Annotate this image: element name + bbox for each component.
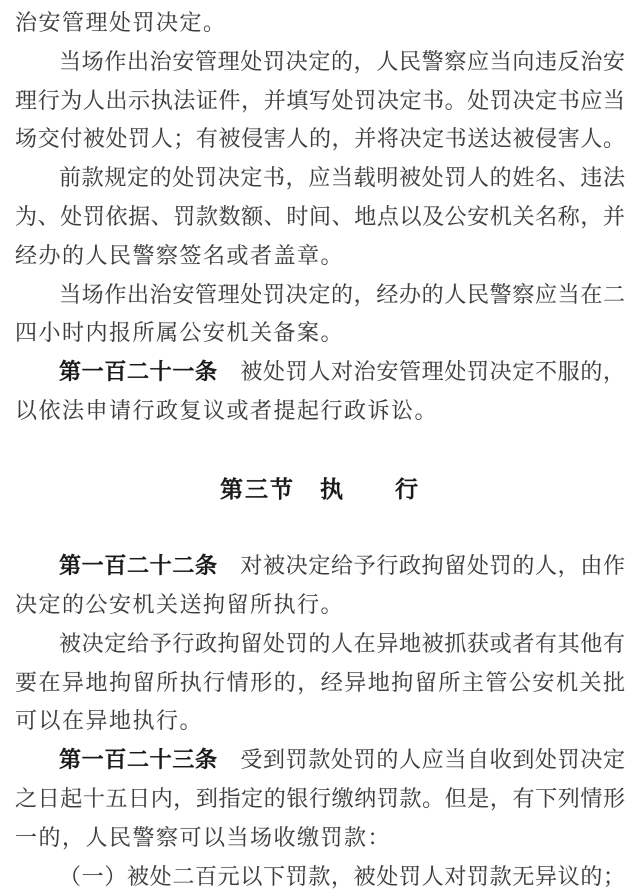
line-text: 决定的公安机关送拘留所执行。	[15, 592, 344, 617]
article-line: 第一百二十三条 受到罚款处罚的人应当自收到处罚决定书	[15, 741, 625, 780]
article-line: 第一百二十一条 被处罚人对治安管理处罚决定不服的，可	[15, 353, 625, 392]
line-text: 治安管理处罚决定。	[15, 10, 227, 35]
line-text: （一）被处二百元以下罚款，被处罚人对罚款无异议的；	[59, 864, 625, 889]
text-line: 可以在异地执行。	[15, 702, 625, 741]
line-text: 前款规定的处罚决定书，应当载明被处罚人的姓名、违法行	[15, 165, 625, 198]
line-text: 以依法申请行政复议或者提起行政诉讼。	[15, 398, 438, 423]
text-line: 以依法申请行政复议或者提起行政诉讼。	[15, 392, 625, 431]
blank-line	[15, 431, 625, 470]
line-text: 经办的人民警察签名或者盖章。	[15, 243, 344, 268]
text-line: 前款规定的处罚决定书，应当载明被处罚人的姓名、违法行	[15, 159, 625, 198]
article-number: 第一百二十一条	[59, 359, 218, 384]
line-text: 之日起十五日内，到指定的银行缴纳罚款。但是，有下列情形之	[15, 786, 625, 819]
article-number: 第三节 执 行	[220, 476, 420, 502]
line-text: 要在异地拘留所执行情形的，经异地拘留所主管公安机关批准，	[15, 670, 625, 703]
line-text: 理行为人出示执法证件，并填写处罚决定书。处罚决定书应当当	[15, 88, 625, 121]
text-line: 要在异地拘留所执行情形的，经异地拘留所主管公安机关批准，	[15, 664, 625, 703]
text-line: 理行为人出示执法证件，并填写处罚决定书。处罚决定书应当当	[15, 82, 625, 121]
line-text: 场交付被处罚人；有被侵害人的，并将决定书送达被侵害人。	[15, 126, 625, 151]
line-text: 四小时内报所属公安机关备案。	[15, 320, 344, 345]
article-number: 第一百二十三条	[59, 747, 218, 772]
text-line: 当场作出治安管理处罚决定的，经办的人民警察应当在二十	[15, 276, 625, 315]
article-line: 第一百二十二条 对被决定给予行政拘留处罚的人，由作出	[15, 547, 625, 586]
blank-line	[15, 508, 625, 547]
line-text: 当场作出治安管理处罚决定的，经办的人民警察应当在二十	[15, 282, 625, 315]
list-item-line: （一）被处二百元以下罚款，被处罚人对罚款无异议的；	[15, 858, 625, 894]
line-text: 一的，人民警察可以当场收缴罚款：	[15, 825, 391, 850]
text-line: 被决定给予行政拘留处罚的人在异地被抓获或者有其他有必	[15, 625, 625, 664]
text-line: 一的，人民警察可以当场收缴罚款：	[15, 819, 625, 858]
line-text: 可以在异地执行。	[15, 708, 203, 733]
document-page: 治安管理处罚决定。当场作出治安管理处罚决定的，人民警察应当向违反治安管理行为人出…	[0, 0, 640, 894]
text-line: 治安管理处罚决定。	[15, 4, 625, 43]
document-content: 治安管理处罚决定。当场作出治安管理处罚决定的，人民警察应当向违反治安管理行为人出…	[15, 4, 625, 894]
text-line: 场交付被处罚人；有被侵害人的，并将决定书送达被侵害人。	[15, 120, 625, 159]
article-number: 第一百二十二条	[59, 553, 218, 578]
line-text: 为、处罚依据、罚款数额、时间、地点以及公安机关名称，并由	[15, 204, 625, 237]
section-heading: 第三节 执 行	[15, 470, 625, 509]
text-line: 四小时内报所属公安机关备案。	[15, 314, 625, 353]
line-text: 被决定给予行政拘留处罚的人在异地被抓获或者有其他有必	[15, 631, 625, 664]
line-text: 当场作出治安管理处罚决定的，人民警察应当向违反治安管	[15, 49, 625, 82]
text-line: 当场作出治安管理处罚决定的，人民警察应当向违反治安管	[15, 43, 625, 82]
text-line: 经办的人民警察签名或者盖章。	[15, 237, 625, 276]
text-line: 为、处罚依据、罚款数额、时间、地点以及公安机关名称，并由	[15, 198, 625, 237]
text-line: 之日起十五日内，到指定的银行缴纳罚款。但是，有下列情形之	[15, 780, 625, 819]
text-line: 决定的公安机关送拘留所执行。	[15, 586, 625, 625]
